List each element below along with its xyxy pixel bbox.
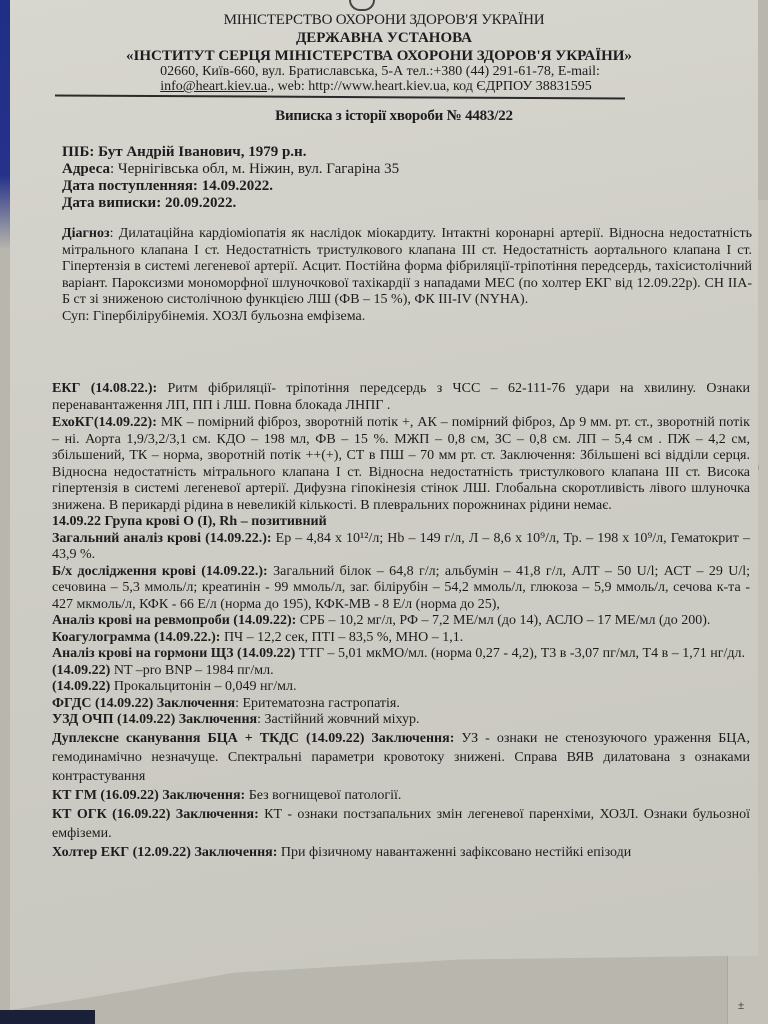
finding-entry: КТ ОГК (16.09.22) Заключення: КТ - ознак… [52,805,750,843]
finding-text: СРБ – 10,2 мг/л, РФ – 7,2 МЕ/мл (до 14),… [296,613,710,628]
finding-label: (14.09.22) [52,679,110,694]
finding-label: ЕхоКГ(14.09.22): [52,415,157,430]
finding-entry: Коагулограмма (14.09.22.): ПЧ – 12,2 сек… [52,630,750,647]
institution-contacts: info@heart.kiev.ua., web: http://www.hea… [2,79,750,95]
finding-text: Прокальцитонін – 0,049 нг/мл. [110,679,296,694]
finding-entry: (14.09.22) NT –pro BNP – 1984 пг/мл. [52,663,750,680]
discharge-date-row: Дата виписки: 20.09.2022. [62,195,752,212]
finding-entry: Холтер ЕКГ (12.09.22) Заключення: При фі… [52,843,750,862]
finding-entry: 14.09.22 Група крові О (І), Rh – позитив… [52,514,750,531]
finding-label: Загальний аналіз крові (14.09.22.): [52,531,272,546]
admission-date-row: Дата поступленняя: 14.09.2022. [62,178,752,195]
finding-label: Б/х дослідження крові (14.09.22.): [52,564,268,579]
finding-text: МК – помірний фіброз, зворотній потік +,… [52,415,750,513]
finding-label: 14.09.22 Група крові О (І), Rh – позитив… [52,514,327,529]
finding-entry: (14.09.22) Прокальцитонін – 0,049 нг/мл. [52,679,750,696]
background-dark-surface [0,1010,95,1024]
coat-of-arms-icon [349,0,375,11]
patient-address-row: Адреса: Чернігівська обл, м. Ніжин, вул.… [62,161,752,178]
patient-info: ПІБ: Бут Андрій Іванович, 1979 р.н. Адре… [62,144,752,212]
institution-address: 02660, Київ-660, вул. Братиславська, 5-А… [6,64,754,80]
finding-label: Холтер ЕКГ (12.09.22) Заключення: [52,845,277,860]
finding-label: Аналіз крові на ревмопроби (14.09.22): [52,613,296,628]
finding-label: Аналіз крові на гормони ЩЗ (14.09.22) [52,646,295,661]
finding-entry: Загальний аналіз крові (14.09.22.): Ер –… [52,531,750,564]
finding-entry: Аналіз крові на гормони ЩЗ (14.09.22) ТТ… [52,646,750,663]
findings-section: ЕКГ (14.08.22.): Ритм фібриляції- тріпот… [52,381,750,862]
finding-text: ТТГ – 5,01 мкМО/мл. (норма 0,27 - 4,2), … [295,646,745,661]
finding-label: ФГДС (14.09.22) Заключення [52,696,235,711]
finding-label: (14.09.22) [52,663,110,678]
finding-entry: Дуплексне сканування БЦА + ТКДС (14.09.2… [52,729,750,786]
web-and-code: ., web: http://www.heart.kiev.ua, код ЄД… [267,79,592,94]
institution-name: «ІНСТИТУТ СЕРЦЯ МІНІСТЕРСТВА ОХОРОНИ ЗДО… [5,48,753,65]
discharge-summary-page: МІНІСТЕРСТВО ОХОРОНИ ЗДОРОВ'Я УКРАЇНИ ДЕ… [10,0,758,1010]
discharge-date: 20.09.2022. [161,195,236,211]
finding-label: ЕКГ (14.08.22.): [52,381,157,396]
finding-label: Дуплексне сканування БЦА + ТКДС (14.09.2… [52,731,454,746]
ministry-name: МІНІСТЕРСТВО ОХОРОНИ ЗДОРОВ'Я УКРАЇНИ [10,12,758,29]
finding-label: КТ ГМ (16.09.22) Заключення: [52,788,245,803]
finding-label: КТ ОГК (16.09.22) Заключення: [52,807,259,822]
finding-entry: ЕхоКГ(14.09.22): МК – помірний фіброз, з… [52,415,750,514]
finding-text: Без вогнищевої патології. [245,788,401,803]
finding-text: ПЧ – 12,2 сек, ПТІ – 83,5 %, МНО – 1,1. [220,630,463,645]
finding-text: При фізичному навантаженні зафіксовано н… [277,845,631,860]
finding-entry: ЕКГ (14.08.22.): Ритм фібриляції- тріпот… [52,381,750,414]
document-title: Виписка з історії хвороби № 4483/22 [10,108,758,125]
finding-text: NT –pro BNP – 1984 пг/мл. [110,663,273,678]
diagnosis-main: Діагноз: Дилатаційна кардіоміопатія як н… [62,226,752,309]
diagnosis-section: Діагноз: Дилатаційна кардіоміопатія як н… [62,226,752,325]
institution-type: ДЕРЖАВНА УСТАНОВА [10,30,758,47]
finding-text: Ритм фібриляції- тріпотіння передсердь з… [52,381,750,413]
admission-date: 14.09.2022. [198,178,273,194]
finding-entry: Б/х дослідження крові (14.09.22.): Загал… [52,564,750,614]
finding-text: : Застійний жовчний міхур. [257,712,419,727]
diagnosis-text: : Дилатаційна кардіоміопатія як наслідок… [62,226,752,307]
diagnosis-secondary: Суп: Гіпербілірубінемія. ХОЗЛ бульозна е… [62,309,752,326]
patient-address: : Чернігівська обл, м. Ніжин, вул. Гагар… [110,161,399,177]
letterhead-divider [55,95,625,100]
finding-label: Коагулограмма (14.09.22.): [52,630,220,645]
finding-entry: Аналіз крові на ревмопроби (14.09.22): С… [52,613,750,630]
diagnosis-label: Діагноз [62,226,110,241]
finding-entry: КТ ГМ (16.09.22) Заключення: Без вогнище… [52,786,750,805]
patient-name: Бут Андрій Іванович, 1979 р.н. [94,144,306,160]
finding-entry: ФГДС (14.09.22) Заключення: Еритематозна… [52,696,750,713]
fragment-text: ± [738,1000,744,1012]
patient-name-row: ПІБ: Бут Андрій Іванович, 1979 р.н. [62,144,752,161]
finding-label: УЗД ОЧП (14.09.22) Заключення [52,712,257,727]
email-link[interactable]: info@heart.kiev.ua [160,79,267,94]
finding-entry: УЗД ОЧП (14.09.22) Заключення: Застійний… [52,712,750,729]
finding-text: : Еритематозна гастропатія. [235,696,400,711]
